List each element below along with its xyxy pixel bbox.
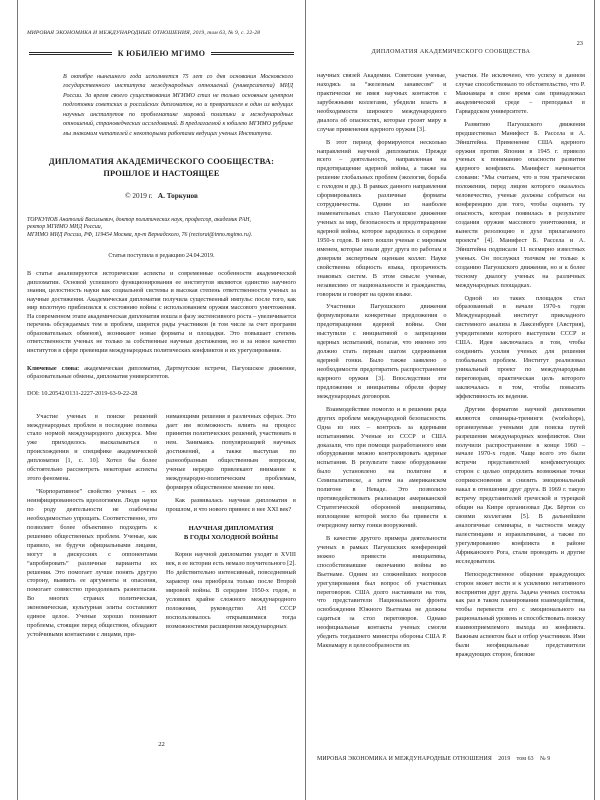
body-columns: Участие ученых в поиске решений междунар… bbox=[27, 413, 296, 689]
body-paragraph: Развитию Пагуошского движения предшество… bbox=[456, 121, 586, 291]
keywords-label: Ключевые слова: bbox=[27, 365, 79, 372]
body-paragraph: научных связей Академии. Советские учены… bbox=[317, 72, 447, 135]
article-title-line1: ДИПЛОМАТИЯ АКАДЕМИЧЕСКОГО СООБЩЕСТВА: bbox=[49, 157, 274, 166]
page-number-right: 23 bbox=[577, 40, 583, 47]
right-page: ДИПЛОМАТИЯ АКАДЕМИЧЕСКОГО СООБЩЕСТВА 23 … bbox=[306, 0, 595, 800]
section-banner: К ЮБИЛЕЮ МГИМО bbox=[29, 49, 294, 58]
section-heading-line2: В ГОДЫ ХОЛОДНОЙ ВОЙНЫ bbox=[184, 534, 278, 541]
keywords-line: Ключевые слова: академическая дипломатия… bbox=[27, 365, 296, 382]
journal-spread: МИРОВАЯ ЭКОНОМИКА И МЕЖДУНАРОДНЫЕ ОТНОШЕ… bbox=[0, 0, 600, 800]
body-paragraph: В этот период формируются несколько напр… bbox=[317, 139, 447, 300]
section-heading: НАУЧНАЯ ДИПЛОМАТИЯВ ГОДЫ ХОЛОДНОЙ ВОЙНЫ bbox=[166, 524, 296, 543]
body-paragraph: участия. Не исключено, что успеху в данн… bbox=[456, 72, 586, 117]
body-paragraph: “Корпоративное” свойство ученых – их неи… bbox=[27, 488, 157, 640]
journal-footer: МИРОВАЯ ЭКОНОМИКА И МЕЖДУНАРОДНЫЕ ОТНОШЕ… bbox=[317, 756, 585, 762]
body-paragraph: Взаимодействие помогло и в решении ряда … bbox=[317, 406, 447, 531]
copyright-author-line: © 2019 г. А. Торкунов bbox=[27, 192, 296, 200]
body-paragraph: нимающими решения в различных сферах. Эт… bbox=[166, 413, 296, 493]
affiliation-line: МГИМО МИД России, РФ, 119454 Москва, пр-… bbox=[27, 232, 296, 240]
affiliation-line: ТОРКУНОВ Анатолий Васильевич, доктор пол… bbox=[27, 217, 296, 225]
body-column-right: нимающими решения в различных сферах. Эт… bbox=[166, 413, 296, 689]
article-title: ДИПЛОМАТИЯ АКАДЕМИЧЕСКОГО СООБЩЕСТВА:ПРО… bbox=[27, 156, 296, 180]
banner-title: К ЮБИЛЕЮ МГИМО bbox=[112, 49, 211, 58]
body-paragraph: Участие ученых в поиске решений междунар… bbox=[27, 413, 157, 485]
received-date: Статья поступила в редакцию 24.04.2019. bbox=[27, 253, 296, 259]
body-columns: научных связей Академии. Советские учены… bbox=[317, 72, 585, 740]
body-paragraph: В качестве другого примера деятельности … bbox=[317, 535, 447, 651]
page-number-left: 22 bbox=[18, 741, 305, 748]
banner-rule-left bbox=[29, 52, 112, 55]
body-paragraph: Непосредственное общение враждующих стор… bbox=[456, 571, 586, 660]
abstract-text: В статье анализируются исторические аспе… bbox=[27, 270, 296, 355]
left-page: МИРОВАЯ ЭКОНОМИКА И МЕЖДУНАРОДНЫЕ ОТНОШЕ… bbox=[17, 0, 306, 800]
body-paragraph: Как развивалась научная дипломатия в про… bbox=[166, 497, 296, 515]
body-paragraph: Одной из таких площадок стал образованны… bbox=[456, 295, 586, 402]
running-head-title: ДИПЛОМАТИЯ АКАДЕМИЧЕСКОГО СООБЩЕСТВА bbox=[372, 49, 531, 55]
body-column-left: Участие ученых в поиске решений междунар… bbox=[27, 413, 157, 689]
banner-rule-right bbox=[211, 52, 294, 55]
running-head: ДИПЛОМАТИЯ АКАДЕМИЧЕСКОГО СООБЩЕСТВА 23 bbox=[317, 40, 585, 58]
journal-header-line: МИРОВАЯ ЭКОНОМИКА И МЕЖДУНАРОДНЫЕ ОТНОШЕ… bbox=[27, 30, 296, 36]
body-paragraph: Корни научной дипломатии уходят в XVIII … bbox=[166, 551, 296, 631]
body-column-right: участия. Не исключено, что успеху в данн… bbox=[456, 72, 586, 740]
article-intro: В октябре нынешнего года исполняется 75 … bbox=[63, 73, 293, 139]
body-paragraph: Другим форматом научной дипломатии являю… bbox=[456, 406, 586, 567]
body-column-left: научных связей Академии. Советские учены… bbox=[317, 72, 447, 740]
body-paragraph: Участники Пагуошского движения формулиро… bbox=[317, 303, 447, 401]
author-affiliation: ТОРКУНОВ Анатолий Васильевич, доктор пол… bbox=[27, 217, 296, 240]
copyright-text: © 2019 г. bbox=[125, 192, 152, 200]
doi-line: DOI: 10.20542/0131-2227-2019-63-9-22-28 bbox=[27, 390, 296, 397]
section-heading-line1: НАУЧНАЯ ДИПЛОМАТИЯ bbox=[189, 525, 274, 532]
author-name: А. Торкунов bbox=[158, 192, 198, 200]
article-title-line2: ПРОШЛОЕ И НАСТОЯЩЕЕ bbox=[103, 169, 219, 178]
